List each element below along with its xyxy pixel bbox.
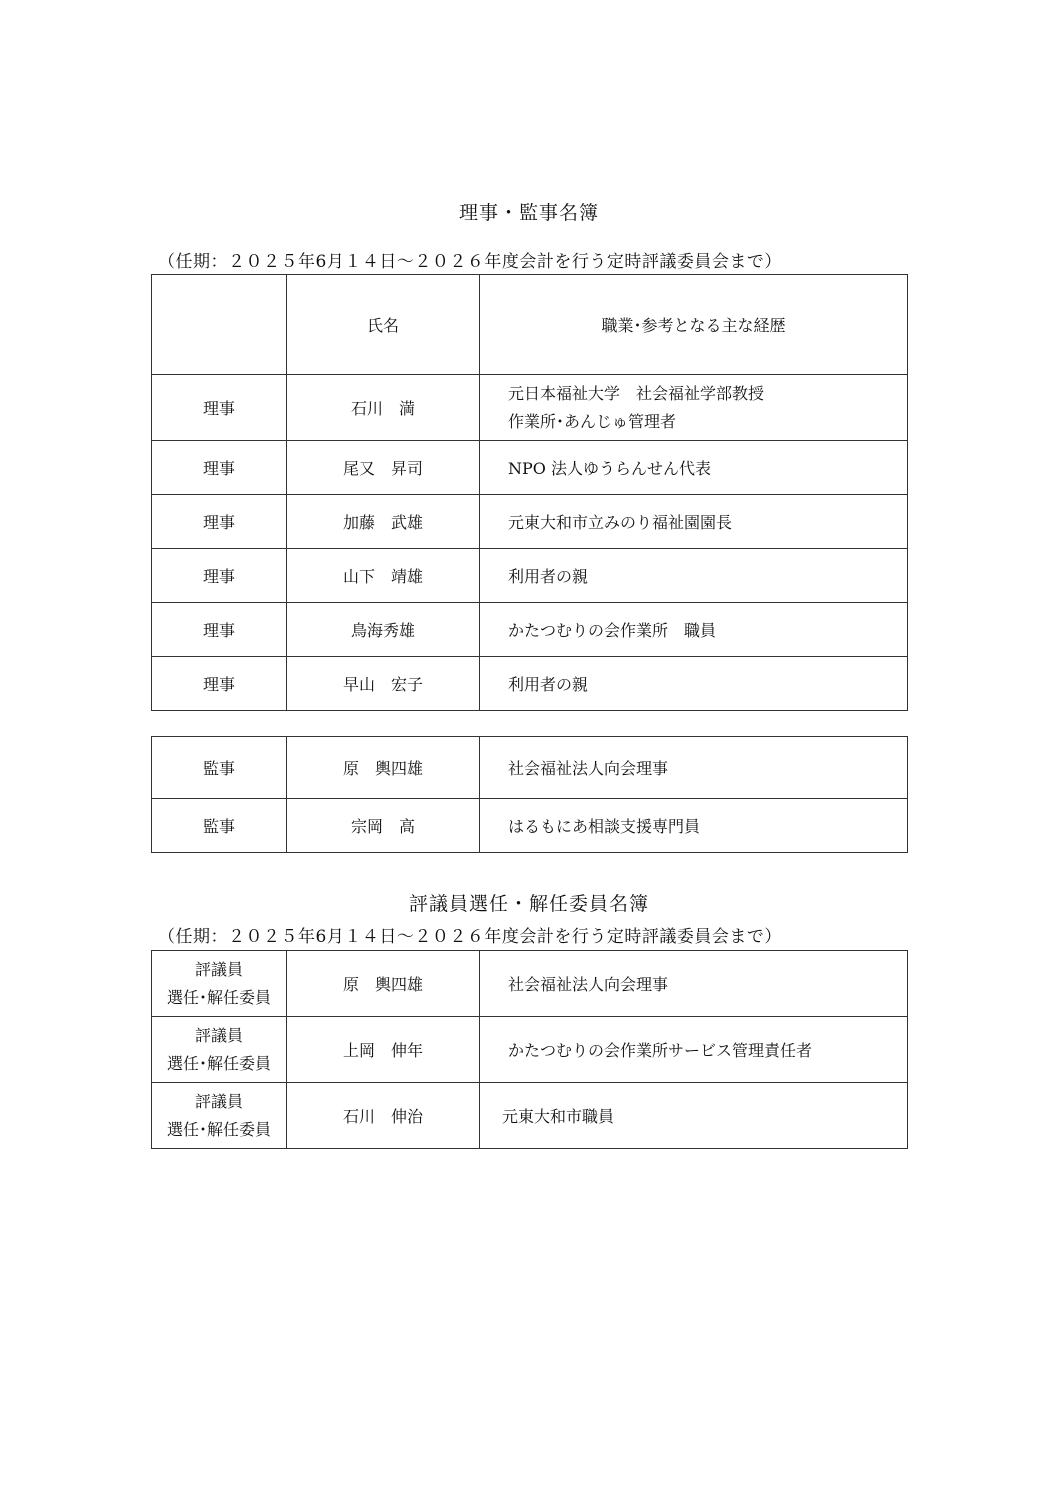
table-row: 監事 宗岡 高 はるもにあ相談支援専門員	[152, 799, 908, 853]
role-line: 評議員	[152, 1022, 286, 1050]
table-header-row: 氏名 職業･参考となる主な経歴	[152, 275, 908, 375]
table-row: 理事 加藤 武雄 元東大和市立みのり福祉園園長	[152, 495, 908, 549]
career-line: 元日本福祉大学 社会福祉学部教授	[508, 380, 907, 408]
name-cell: 加藤 武雄	[287, 495, 480, 549]
table-row: 理事 山下 靖雄 利用者の親	[152, 549, 908, 603]
career-cell: 利用者の親	[480, 549, 908, 603]
committee-title: 評議員選任・解任委員名簿	[0, 889, 1058, 916]
career-cell: 社会福祉法人向会理事	[480, 737, 908, 799]
header-role	[152, 275, 287, 375]
career-cell: 元東大和市立みのり福祉園園長	[480, 495, 908, 549]
role-line: 評議員	[152, 1088, 286, 1116]
table-row: 理事 鳥海秀雄 かたつむりの会作業所 職員	[152, 603, 908, 657]
role-cell: 評議員 選任･解任委員	[152, 1017, 287, 1083]
role-cell: 理事	[152, 549, 287, 603]
career-cell: NPO 法人ゆうらんせん代表	[480, 441, 908, 495]
name-cell: 上岡 伸年	[287, 1017, 480, 1083]
name-cell: 山下 靖雄	[287, 549, 480, 603]
header-career: 職業･参考となる主な経歴	[480, 275, 908, 375]
table-row: 評議員 選任･解任委員 石川 伸治 元東大和市職員	[152, 1083, 908, 1149]
role-cell: 理事	[152, 603, 287, 657]
name-cell: 宗岡 高	[287, 799, 480, 853]
directors-table: 氏名 職業･参考となる主な経歴 理事 石川 満 元日本福祉大学 社会福祉学部教授…	[151, 274, 908, 711]
role-line: 選任･解任委員	[152, 984, 286, 1012]
role-cell: 理事	[152, 375, 287, 441]
name-cell: 石川 満	[287, 375, 480, 441]
role-line: 評議員	[152, 956, 286, 984]
career-cell: かたつむりの会作業所 職員	[480, 603, 908, 657]
auditors-table: 監事 原 輿四雄 社会福祉法人向会理事 監事 宗岡 高 はるもにあ相談支援専門員	[151, 736, 908, 853]
career-cell: 元日本福祉大学 社会福祉学部教授 作業所･あんじゅ管理者	[480, 375, 908, 441]
role-line: 選任･解任委員	[152, 1116, 286, 1144]
name-cell: 原 輿四雄	[287, 951, 480, 1017]
role-cell: 評議員 選任･解任委員	[152, 1083, 287, 1149]
name-cell: 石川 伸治	[287, 1083, 480, 1149]
table-row: 理事 早山 宏子 利用者の親	[152, 657, 908, 711]
role-cell: 監事	[152, 737, 287, 799]
career-cell: 元東大和市職員	[480, 1083, 908, 1149]
header-name: 氏名	[287, 275, 480, 375]
name-cell: 早山 宏子	[287, 657, 480, 711]
career-cell: かたつむりの会作業所サービス管理責任者	[480, 1017, 908, 1083]
table-row: 評議員 選任･解任委員 原 輿四雄 社会福祉法人向会理事	[152, 951, 908, 1017]
career-line: 作業所･あんじゅ管理者	[508, 408, 907, 436]
name-cell: 原 輿四雄	[287, 737, 480, 799]
role-cell: 理事	[152, 657, 287, 711]
role-cell: 評議員 選任･解任委員	[152, 951, 287, 1017]
table-row: 理事 石川 満 元日本福祉大学 社会福祉学部教授 作業所･あんじゅ管理者	[152, 375, 908, 441]
directors-auditors-title: 理事・監事名簿	[0, 198, 1058, 225]
career-cell: 社会福祉法人向会理事	[480, 951, 908, 1017]
role-cell: 理事	[152, 495, 287, 549]
role-cell: 理事	[152, 441, 287, 495]
table-row: 理事 尾又 昇司 NPO 法人ゆうらんせん代表	[152, 441, 908, 495]
committee-table: 評議員 選任･解任委員 原 輿四雄 社会福祉法人向会理事 評議員 選任･解任委員…	[151, 950, 908, 1149]
term-note: （任期：２０２５年6月１４日～２０２６年度会計を行う定時評議委員会まで）	[158, 922, 782, 947]
career-cell: 利用者の親	[480, 657, 908, 711]
role-cell: 監事	[152, 799, 287, 853]
table-row: 評議員 選任･解任委員 上岡 伸年 かたつむりの会作業所サービス管理責任者	[152, 1017, 908, 1083]
name-cell: 鳥海秀雄	[287, 603, 480, 657]
term-note: （任期：２０２５年6月１４日～２０２６年度会計を行う定時評議委員会まで）	[158, 247, 782, 272]
career-cell: はるもにあ相談支援専門員	[480, 799, 908, 853]
role-line: 選任･解任委員	[152, 1050, 286, 1078]
table-row: 監事 原 輿四雄 社会福祉法人向会理事	[152, 737, 908, 799]
name-cell: 尾又 昇司	[287, 441, 480, 495]
